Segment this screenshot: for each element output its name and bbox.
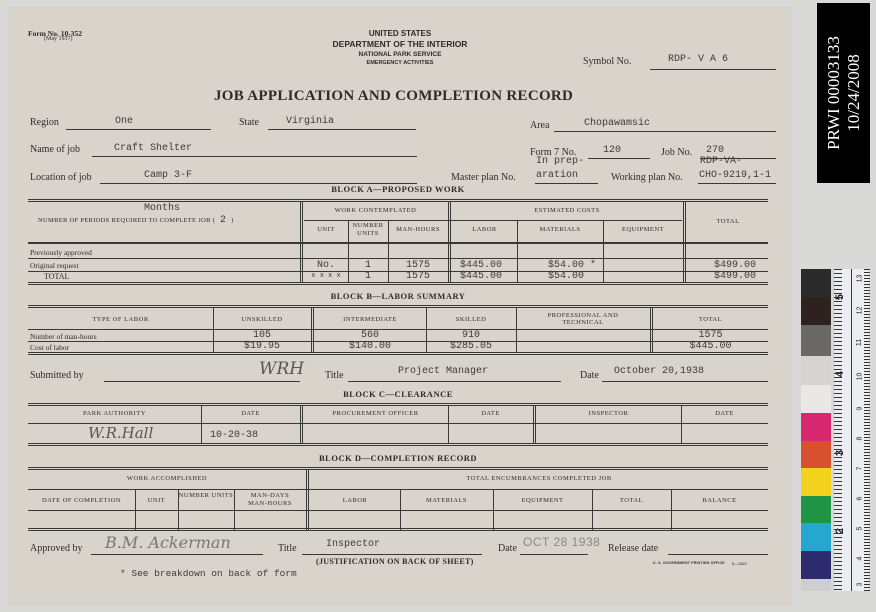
symbol-value: RDP- V A 6 — [668, 54, 728, 65]
col-skilled: SKILLED — [426, 316, 516, 323]
region-field[interactable]: One — [66, 119, 211, 130]
col-procurement-officer: PROCUREMENT OFFICER — [303, 410, 448, 417]
col-total: Total — [592, 497, 671, 504]
release-date-field[interactable] — [668, 544, 768, 555]
col-balance: Balance — [671, 497, 768, 504]
swatch-light-gray — [801, 356, 831, 385]
swatch-blue — [801, 551, 831, 579]
col-date-2: DATE — [448, 410, 533, 417]
total-labor: $445.00 — [460, 271, 502, 282]
man-hours-label: Number of man-hours — [30, 332, 97, 341]
master-plan-value-1: In prep- — [536, 156, 584, 167]
orig-units: 1 — [348, 260, 388, 271]
page-title: JOB APPLICATION AND COMPLETION RECORD — [214, 88, 573, 105]
swatch-green — [801, 496, 831, 523]
cm-mark: 11 — [856, 339, 863, 346]
col-professional: PROFESSIONAL AND TECHNICAL — [528, 312, 638, 326]
subheader-rule — [28, 489, 768, 490]
color-calibration-card: 5 4 3 2 13 12 11 10 9 8 7 6 5 4 3 — [801, 269, 869, 591]
agency-line-1: UNITED STATES — [300, 28, 500, 39]
block-a-bottom-rule — [28, 282, 768, 285]
region-label: Region — [30, 117, 59, 128]
col-equipment: Equipment — [493, 497, 592, 504]
orig-unit: No. — [304, 260, 348, 271]
agency-line-2: DEPARTMENT OF THE INTERIOR — [300, 39, 500, 50]
ruler-ticks-right — [864, 269, 870, 591]
col-materials: Materials — [517, 226, 603, 233]
orig-labor: $445.00 — [460, 260, 502, 271]
periods-close: ) — [231, 217, 233, 224]
swatch-yellow — [801, 468, 831, 496]
state-label: State — [239, 117, 259, 128]
master-plan-field[interactable]: aration — [535, 173, 598, 184]
job-no-value: 270 — [706, 145, 724, 156]
submitted-label: Submitted by — [30, 370, 84, 381]
block-b-bottom-rule — [28, 352, 768, 355]
approved-label: Approved by — [30, 543, 83, 554]
col-date-1: DATE — [201, 410, 300, 417]
state-value: Virginia — [286, 116, 334, 127]
swatch-black — [801, 269, 831, 297]
date-stamp: OCT 28 1938 — [523, 535, 600, 549]
total-header: TOTAL — [688, 218, 768, 225]
archive-id: PRWI 00003133 — [824, 36, 844, 150]
col-number-units: Number Units — [348, 222, 388, 238]
periods-label: NUMBER OF PERIODS REQUIRED TO COMPLETE J… — [38, 215, 234, 226]
cost-unskilled: $19.95 — [213, 341, 311, 352]
col-labor: Labor — [452, 226, 517, 233]
block-b-top-rule — [28, 305, 768, 308]
col-type-of-labor: TYPE OF LABOR — [28, 316, 213, 323]
total-unit: x x x x — [304, 272, 348, 280]
approved-title-field[interactable]: Inspector — [302, 544, 482, 555]
cm-mark: 12 — [856, 307, 863, 315]
job-no-label: Job No. — [661, 147, 692, 158]
cost-skilled: $285.05 — [426, 341, 516, 352]
archive-label-text: PRWI 00003133 10/24/2008 — [824, 36, 864, 150]
symbol-label: Symbol No. — [583, 56, 631, 67]
orig-hours: 1575 — [388, 260, 448, 271]
cm-mark: 8 — [856, 437, 863, 441]
approved-date-label: Date — [498, 543, 517, 554]
total-total: $499.00 — [688, 271, 756, 282]
submitted-title-value: Project Manager — [398, 366, 488, 377]
col-number-units: Number Units — [178, 492, 234, 500]
col-unit: Unit — [135, 497, 178, 504]
area-field[interactable]: Chopawamsic — [554, 121, 776, 132]
col-park-authority: PARK AUTHORITY — [28, 410, 201, 417]
man-hours-unskilled: 105 — [213, 330, 311, 341]
form-edition: (May 1937) — [44, 36, 73, 42]
orig-total: $499.00 — [688, 260, 756, 271]
approved-signature: B.M. Ackerman — [105, 533, 231, 552]
periods-label-text: NUMBER OF PERIODS REQUIRED TO COMPLETE J… — [38, 217, 215, 224]
cm-mark: 4 — [856, 557, 863, 561]
months-label: Months — [28, 203, 296, 214]
approved-field[interactable]: B.M. Ackerman — [91, 544, 263, 555]
ruler-ticks-left — [834, 269, 842, 591]
submitted-date-value: October 20,1938 — [614, 366, 704, 377]
col-man-days: Man-Days Man-Hours — [242, 492, 298, 508]
submitted-date-label: Date — [580, 370, 599, 381]
man-hours-total: 1575 — [653, 330, 768, 341]
cm-mark: 10 — [856, 373, 863, 381]
park-authority-date: 10-20-38 — [210, 430, 258, 441]
block-d-bottom-rule — [28, 528, 768, 531]
block-a-title: BLOCK A—PROPOSED WORK — [28, 184, 768, 194]
swatch-cyan — [801, 523, 831, 551]
work-contemplated-header: WORK CONTEMPLATED — [304, 207, 447, 214]
agency-line-3: NATIONAL PARK SERVICE — [300, 50, 500, 59]
total-hours: 1575 — [388, 271, 448, 282]
cost-label: Cost of labor — [30, 343, 69, 352]
symbol-field[interactable]: RDP- V A 6 — [650, 58, 776, 70]
col-unit: Unit — [304, 226, 348, 233]
col-materials: Materials — [400, 497, 493, 504]
cost-total: $445.00 — [653, 341, 768, 352]
col-unskilled: UNSKILLED — [213, 316, 311, 323]
submitted-title-field[interactable]: Project Manager — [348, 371, 561, 382]
swatch-red — [801, 441, 831, 468]
col-line — [516, 308, 517, 352]
job-name-field[interactable]: Craft Shelter — [92, 146, 417, 157]
block-d-title: BLOCK D—COMPLETION RECORD — [28, 453, 768, 463]
block-d-divider — [306, 470, 309, 530]
job-name-value: Craft Shelter — [114, 143, 192, 154]
printer-code: 6—9821 — [732, 561, 747, 566]
agency-block: UNITED STATES DEPARTMENT OF THE INTERIOR… — [300, 28, 500, 68]
block-d-top-rule — [28, 467, 768, 470]
region-value: One — [115, 116, 133, 127]
master-plan-label: Master plan No. — [451, 172, 516, 183]
block-a-top-rule — [28, 199, 768, 202]
working-plan-value-1: RDP-VA- — [700, 156, 742, 167]
location-label: Location of job — [30, 172, 92, 183]
approved-date-field[interactable]: OCT 28 1938 — [520, 544, 588, 555]
submitted-date-field[interactable]: October 20,1938 — [602, 371, 768, 382]
working-plan-label: Working plan No. — [611, 172, 683, 183]
area-label: Area — [530, 120, 549, 131]
swatch-magenta — [801, 413, 831, 441]
master-plan-value-2: aration — [536, 170, 578, 181]
swatch-dark-brown — [801, 297, 831, 325]
area-value: Chopawamsic — [584, 118, 650, 129]
row-orig-label: Original request — [30, 261, 79, 270]
header-rule — [28, 242, 768, 244]
total-encumbrances-header: TOTAL ENCUMBRANCES COMPLETED JOB — [310, 475, 768, 482]
block-c-top-rule — [28, 403, 768, 406]
man-hours-intermediate: 560 — [314, 330, 426, 341]
job-name-label: Name of job — [30, 144, 80, 155]
block-c-title: BLOCK C—CLEARANCE — [28, 389, 768, 399]
breakdown-note: * See breakdown on back of form — [120, 568, 297, 579]
ruler: 5 4 3 2 13 12 11 10 9 8 7 6 5 4 3 — [833, 269, 869, 591]
form-sheet: Form No. 10-352 (May 1937) UNITED STATES… — [8, 6, 792, 606]
printer-imprint: U. S. GOVERNMENT PRINTING OFFICE — [653, 561, 725, 565]
location-field[interactable]: Camp 3-F — [100, 173, 417, 184]
location-value: Camp 3-F — [144, 170, 192, 181]
form7-value: 120 — [603, 145, 621, 156]
cm-mark: 5 — [856, 527, 863, 531]
header-rule — [28, 510, 768, 511]
release-date-label: Release date — [608, 543, 658, 554]
col-man-hours: Man-Hours — [388, 226, 448, 233]
archive-date: 10/24/2008 — [844, 36, 864, 150]
periods-value: 2 — [220, 215, 226, 226]
submitted-signature: WRH — [259, 359, 304, 379]
submitted-title-label: Title — [325, 370, 344, 381]
swatch-gray — [801, 325, 831, 356]
working-plan-value-2: CHO-9219,1-1 — [699, 170, 771, 181]
total-materials: $54.00 — [548, 271, 584, 282]
approved-title-label: Title — [278, 543, 297, 554]
agency-line-4: EMERGENCY ACTIVITIES — [300, 59, 500, 68]
swatch-white — [801, 385, 831, 413]
col-total: TOTAL — [653, 316, 768, 323]
block-c-bottom-rule — [28, 443, 768, 446]
row-total-label: TOTAL — [44, 272, 69, 281]
block-b-title: BLOCK B—LABOR SUMMARY — [28, 291, 768, 301]
submitted-field[interactable]: WRH — [104, 371, 300, 382]
work-accomplished-header: WORK ACCOMPLISHED — [28, 475, 306, 482]
swatch-label-area — [801, 579, 831, 591]
col-equipment: Equipment — [603, 226, 683, 233]
approved-title-value: Inspector — [326, 539, 380, 550]
cm-mark: 6 — [856, 497, 863, 501]
col-date-3: DATE — [681, 410, 768, 417]
subheader-rule — [304, 220, 682, 221]
cm-mark: 13 — [856, 275, 863, 283]
justification-note: (JUSTIFICATION ON BACK OF SHEET) — [316, 557, 474, 566]
archive-label: PRWI 00003133 10/24/2008 — [817, 3, 870, 183]
orig-materials: $54.00 * — [548, 260, 596, 271]
working-plan-field[interactable]: CHO-9219,1-1 — [698, 173, 776, 184]
row-rule — [28, 258, 768, 259]
state-field[interactable]: Virginia — [268, 119, 416, 130]
cm-mark: 9 — [856, 407, 863, 411]
man-hours-skilled: 910 — [426, 330, 516, 341]
cm-mark: 7 — [856, 467, 863, 471]
col-labor: Labor — [310, 497, 400, 504]
total-units: 1 — [348, 271, 388, 282]
row-prev-label: Previously approved — [30, 248, 92, 257]
form7-field[interactable]: 120 — [588, 148, 650, 159]
col-intermediate: INTERMEDIATE — [314, 316, 426, 323]
cost-intermediate: $140.00 — [314, 341, 426, 352]
col-date-of-completion: Date of Completion — [28, 497, 135, 504]
col-inspector: INSPECTOR — [536, 410, 681, 417]
park-authority-signature: W.R.Hall — [88, 424, 153, 442]
estimated-costs-header: ESTIMATED COSTS — [452, 207, 682, 214]
cm-mark: 3 — [856, 583, 863, 587]
ruler-center-line — [851, 269, 852, 591]
